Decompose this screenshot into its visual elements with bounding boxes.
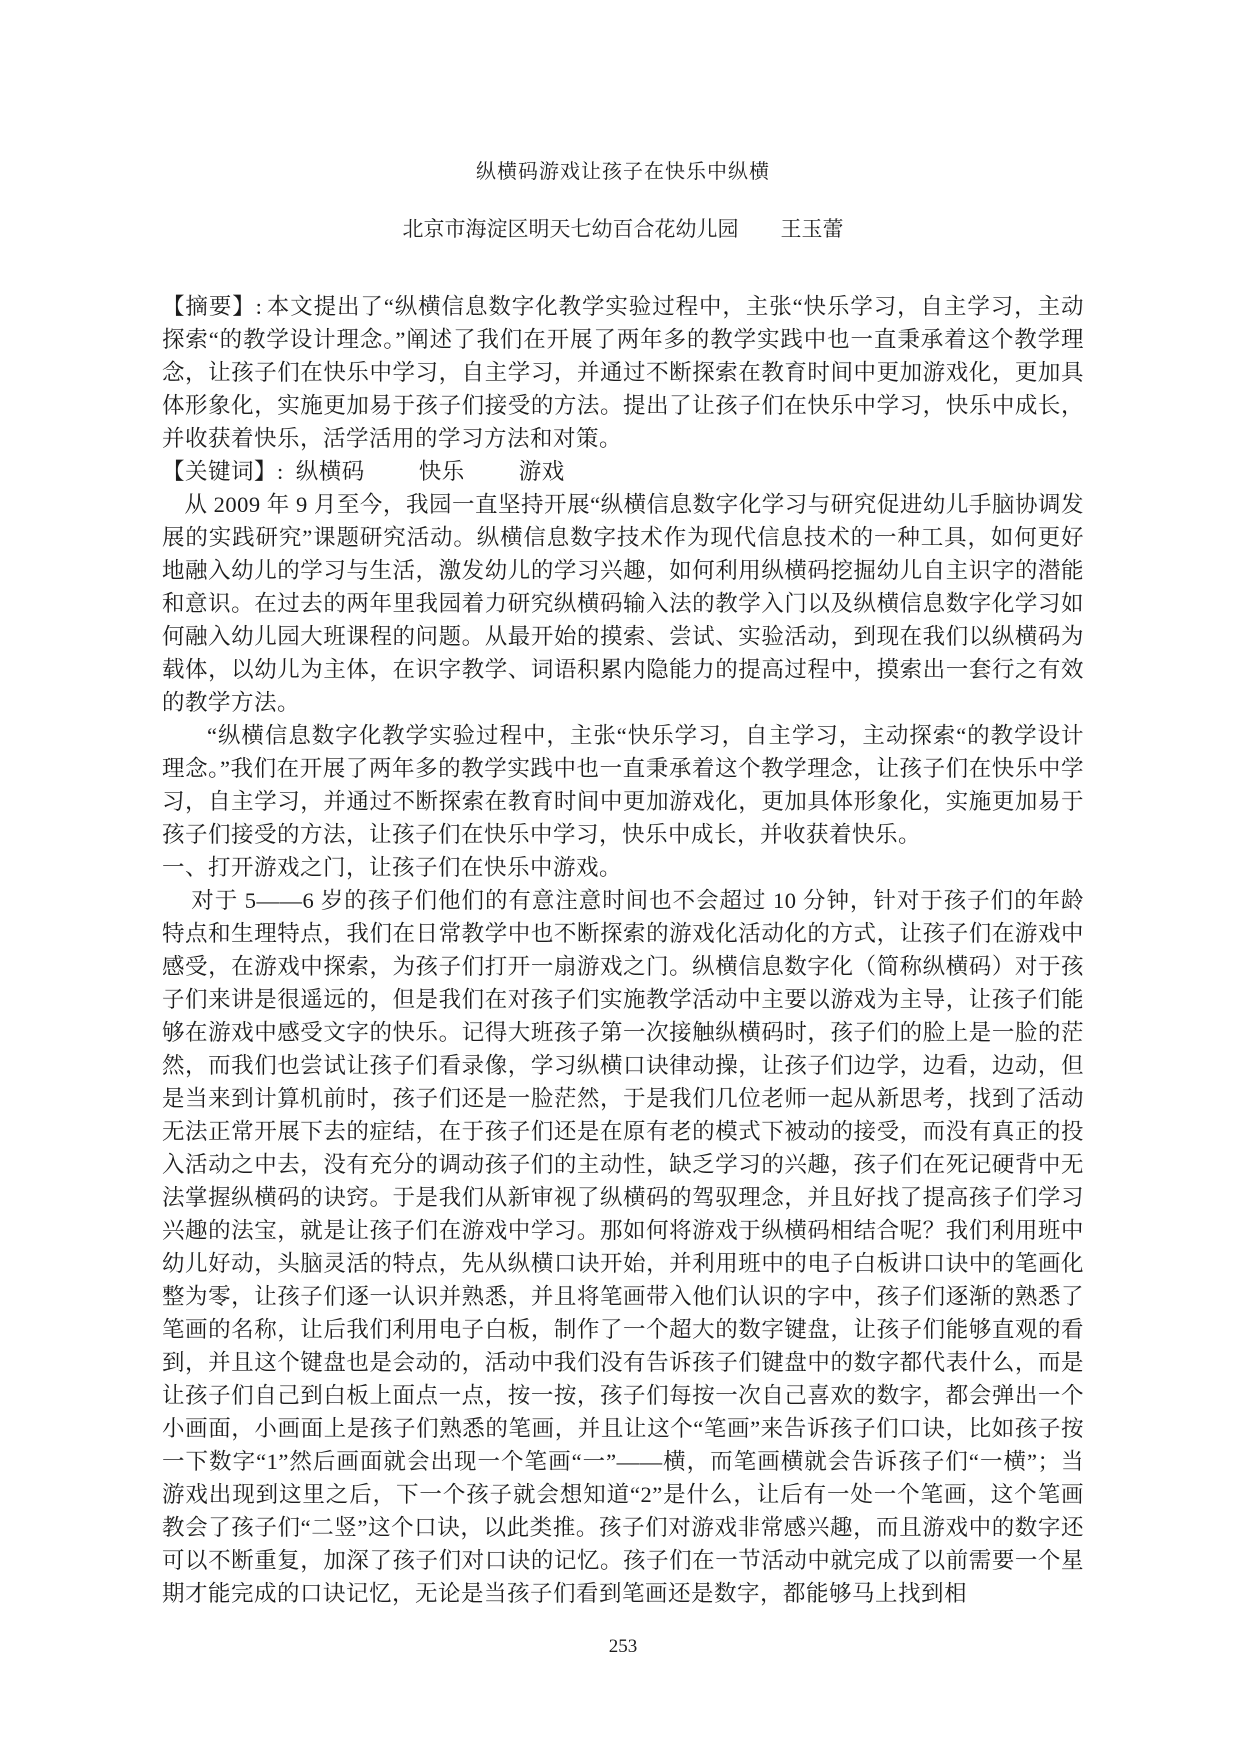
content-area: 纵横码游戏让孩子在快乐中纵横 北京市海淀区明天七幼百合花幼儿园 王玉蕾 【摘要】… bbox=[0, 159, 1246, 1610]
abstract-text: 本文提出了“纵横信息数字化教学实验过程中，主张“快乐学习，自主学习，主动探索“的… bbox=[162, 294, 1084, 451]
abstract-paragraph: 【摘要】:本文提出了“纵横信息数字化教学实验过程中，主张“快乐学习，自主学习，主… bbox=[162, 290, 1084, 455]
paragraph-research: 从 2009 年 9 月至今，我园一直坚持开展“纵横信息数字化学习与研究促进幼儿… bbox=[162, 488, 1084, 719]
keyword-item: 纵横码 bbox=[296, 455, 365, 488]
keywords-line: 【关键词】:纵横码快乐游戏 bbox=[162, 455, 1084, 488]
abstract-label: 【摘要】: bbox=[162, 294, 266, 319]
page-number: 253 bbox=[0, 1633, 1246, 1661]
section-heading-1: 一、打开游戏之门，让孩子们在快乐中游戏。 bbox=[162, 851, 1084, 884]
paragraph-philosophy: “纵横信息数字化教学实验过程中，主张“快乐学习，自主学习，主动探索“的教学设计理… bbox=[162, 719, 1084, 851]
keywords-label: 【关键词】: bbox=[162, 459, 296, 484]
paragraph-game: 对于 5——6 岁的孩子们他们的有意注意时间也不会超过 10 分钟，针对于孩子们… bbox=[162, 884, 1084, 1610]
author-line: 北京市海淀区明天七幼百合花幼儿园 王玉蕾 bbox=[162, 216, 1084, 242]
keyword-item: 快乐 bbox=[419, 455, 465, 488]
document-page: 纵横码游戏让孩子在快乐中纵横 北京市海淀区明天七幼百合花幼儿园 王玉蕾 【摘要】… bbox=[0, 0, 1246, 1763]
keyword-item: 游戏 bbox=[519, 455, 565, 488]
page-title: 纵横码游戏让孩子在快乐中纵横 bbox=[162, 159, 1084, 185]
